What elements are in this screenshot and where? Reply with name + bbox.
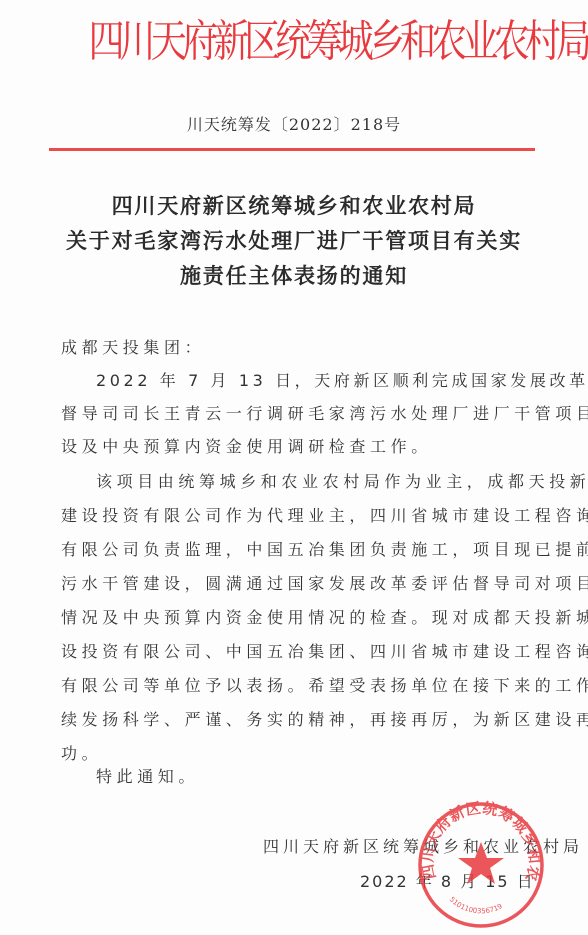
body-line: 设投资有限公司、中国五冶集团、四川省城市建设工程咨询集团 [61, 639, 588, 662]
seal-code: 5101100356719 [448, 895, 504, 915]
issuer-header-title: 四川天府新区统筹城乡和农业农村局文件 [88, 14, 493, 70]
notice-title-line-1: 四川天府新区统筹城乡和农业农村局 [0, 190, 588, 220]
svg-text:5101100356719: 5101100356719 [448, 895, 504, 915]
body-line: 设及中央预算内资金使用调研检查工作。 [61, 434, 432, 457]
notice-title-line-3: 施责任主体表扬的通知 [0, 260, 588, 290]
body-line: 有限公司负责监理，中国五冶集团负责施工，项目现已提前完成 [61, 537, 588, 560]
body-line: 2022 年 7 月 13 日，天府新区顺利完成国家发展改革委评估 [96, 368, 588, 391]
body-line: 督导司司长王青云一行调研毛家湾污水处理厂进厂干管项目建 [61, 401, 588, 424]
addressee: 成都天投集团： [61, 335, 205, 358]
body-line: 有限公司等单位予以表扬。希望受表扬单位在接下来的工作中继 [61, 673, 588, 696]
body-line: 建设投资有限公司作为代理业主，四川省城市建设工程咨询集团 [61, 503, 588, 526]
official-seal: 四川天府新区统筹城乡和农业农村局 5101100356719 [416, 800, 546, 930]
body-line: 续发扬科学、严谨、务实的精神，再接再厉，为新区建设再立新 [61, 707, 588, 730]
red-divider-rule [49, 148, 535, 151]
notice-title-line-2: 关于对毛家湾污水处理厂进厂干管项目有关实 [0, 225, 588, 255]
document-number: 川天统筹发〔2022〕218号 [0, 112, 588, 135]
body-line: 情况及中央预算内资金使用情况的检查。现对成都天投新城市建 [61, 605, 588, 628]
star-icon [458, 842, 504, 884]
body-line: 污水干管建设，圆满通过国家发展改革委评估督导司对项目建设 [61, 571, 588, 594]
body-line: 功。 [61, 741, 102, 764]
body-line: 该项目由统筹城乡和农业农村局作为业主，成都天投新城市 [96, 469, 588, 492]
closing-line: 特此通知。 [96, 764, 199, 787]
